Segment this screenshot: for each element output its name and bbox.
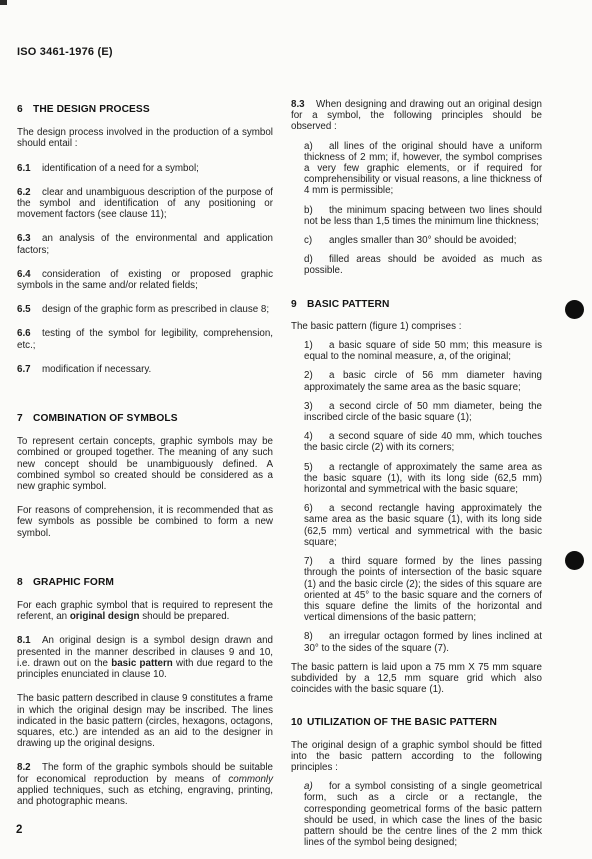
item-marker: 6) [304, 503, 329, 514]
text-run: For reasons of comprehension, it is reco… [17, 505, 273, 538]
list-item: d)filled areas should be avoided as much… [304, 254, 542, 276]
section-title: COMBINATION OF SYMBOLS [33, 413, 178, 424]
page-header: ISO 3461-1976 (E) [17, 46, 113, 58]
section-number: 9 [291, 299, 307, 310]
list-item: 4)a second square of side 40 mm, which t… [304, 431, 542, 453]
text-run: The basic pattern described in clause 9 … [17, 693, 273, 749]
item-marker: 1) [304, 340, 329, 351]
text-run: a second circle of 50 mm diameter, being… [304, 401, 542, 423]
text-run: a basic circle of 56 mm diameter having … [304, 370, 542, 392]
text-run: design of the graphic form as prescribed… [42, 304, 269, 315]
text-run: for a symbol consisting of a single geom… [304, 781, 542, 848]
text-run: testing of the symbol for legibility, co… [17, 328, 273, 350]
section-number: 8 [17, 577, 33, 588]
item-marker: 3) [304, 401, 329, 412]
text-run: clear and unambiguous description of the… [17, 187, 273, 220]
text-run: applied techniques, such as etching, eng… [17, 785, 273, 807]
text-run: the minimum spacing between two lines sh… [304, 205, 542, 227]
section-title: UTILIZATION OF THE BASIC PATTERN [307, 717, 497, 728]
text-run: filled areas should be avoided as much a… [304, 254, 542, 276]
item-marker: 6.7 [17, 364, 42, 375]
paragraph: 6.2clear and unambiguous description of … [17, 187, 273, 221]
paragraph: 8.3When designing and drawing out an ori… [291, 99, 542, 133]
section-number: 7 [17, 413, 33, 424]
paragraph: 6.6testing of the symbol for legibility,… [17, 328, 273, 350]
text-run: , of the original; [444, 351, 511, 362]
section-heading: 7COMBINATION OF SYMBOLS [17, 413, 273, 424]
item-marker: 6.5 [17, 304, 42, 315]
text-run: To represent certain concepts, graphic s… [17, 436, 273, 492]
list-item: 5)a rectangle of approximately the same … [304, 462, 542, 496]
paragraph: 6.1identification of a need for a symbol… [17, 163, 273, 174]
text-run: angles smaller than 30° should be avoide… [329, 235, 516, 246]
text-run: all lines of the original should have a … [304, 141, 542, 197]
paragraph: The basic pattern is laid upon a 75 mm X… [291, 662, 542, 696]
column-left: 6THE DESIGN PROCESSThe design process in… [17, 104, 273, 820]
text-run: basic pattern [111, 658, 173, 669]
list-item: c)angles smaller than 30° should be avoi… [304, 235, 542, 246]
text-run: identification of a need for a symbol; [42, 163, 199, 174]
text-run: The original design of a graphic symbol … [291, 740, 542, 773]
list-item: 3)a second circle of 50 mm diameter, bei… [304, 401, 542, 423]
item-marker: 8.1 [17, 635, 42, 646]
text-run: consideration of existing or proposed gr… [17, 269, 273, 291]
list-item: 1)a basic square of side 50 mm; this mea… [304, 340, 542, 362]
text-run: The basic pattern is laid upon a 75 mm X… [291, 662, 542, 695]
paragraph: 6.5design of the graphic form as prescri… [17, 304, 273, 315]
column-right: 8.3When designing and drawing out an ori… [291, 99, 542, 856]
paragraph: 8.2The form of the graphic symbols shoul… [17, 762, 273, 807]
list-item: a)for a symbol consisting of a single ge… [304, 781, 542, 848]
text-run: When designing and drawing out an origin… [291, 99, 542, 132]
item-marker: 8) [304, 631, 329, 642]
paragraph: The design process involved in the produ… [17, 127, 273, 149]
list-item: 2)a basic circle of 56 mm diameter havin… [304, 370, 542, 392]
paragraph: The original design of a graphic symbol … [291, 740, 542, 774]
text-run: a third square formed by the lines passi… [304, 556, 542, 623]
section-heading: 8GRAPHIC FORM [17, 577, 273, 588]
item-marker: a) [304, 781, 329, 792]
paragraph: 8.1An original design is a symbol design… [17, 635, 273, 680]
list-item: 8)an irregular octagon formed by lines i… [304, 631, 542, 653]
document-page: ISO 3461-1976 (E) 6THE DESIGN PROCESSThe… [0, 0, 592, 859]
section-heading: 10UTILIZATION OF THE BASIC PATTERN [291, 717, 542, 728]
text-run: The design process involved in the produ… [17, 127, 273, 149]
text-run: original design [70, 611, 140, 622]
text-run: modification if necessary. [42, 364, 151, 375]
item-marker: 8.2 [17, 762, 42, 773]
item-marker: d) [304, 254, 329, 265]
section-title: BASIC PATTERN [307, 299, 389, 310]
item-marker: 6.1 [17, 163, 42, 174]
section-number: 10 [291, 717, 307, 728]
item-marker: 4) [304, 431, 329, 442]
text-run: an irregular octagon formed by lines inc… [304, 631, 542, 653]
list-item: a)all lines of the original should have … [304, 141, 542, 197]
page-number: 2 [16, 824, 22, 836]
section-number: 6 [17, 104, 33, 115]
item-marker: 2) [304, 370, 329, 381]
item-marker: b) [304, 205, 329, 216]
text-run: an analysis of the environmental and app… [17, 233, 273, 255]
section-title: GRAPHIC FORM [33, 577, 114, 588]
section-heading: 6THE DESIGN PROCESS [17, 104, 273, 115]
text-run: a rectangle of approximately the same ar… [304, 462, 542, 495]
paragraph: The basic pattern described in clause 9 … [17, 693, 273, 749]
text-run: a second square of side 40 mm, which tou… [304, 431, 542, 453]
item-marker: 5) [304, 462, 329, 473]
binding-dot [565, 551, 584, 570]
list-item: b)the minimum spacing between two lines … [304, 205, 542, 227]
paragraph: 6.7modification if necessary. [17, 364, 273, 375]
item-marker: 6.2 [17, 187, 42, 198]
scan-corner-artifact [0, 0, 7, 5]
text-run: The basic pattern (figure 1) comprises : [291, 321, 461, 332]
text-run: should be prepared. [140, 611, 230, 622]
list-item: 6)a second rectangle having approximatel… [304, 503, 542, 548]
section-title: THE DESIGN PROCESS [33, 104, 150, 115]
section-heading: 9BASIC PATTERN [291, 299, 542, 310]
item-marker: 6.6 [17, 328, 42, 339]
item-marker: 7) [304, 556, 329, 567]
item-marker: 6.4 [17, 269, 42, 280]
item-marker: c) [304, 235, 329, 246]
paragraph: 6.3an analysis of the environmental and … [17, 233, 273, 255]
item-marker: 8.3 [291, 99, 316, 110]
paragraph: For reasons of comprehension, it is reco… [17, 505, 273, 539]
paragraph: 6.4consideration of existing or proposed… [17, 269, 273, 291]
text-run: a second rectangle having approximately … [304, 503, 542, 548]
binding-dot [565, 300, 584, 319]
paragraph: For each graphic symbol that is required… [17, 600, 273, 622]
paragraph: The basic pattern (figure 1) comprises : [291, 321, 542, 332]
paragraph: To represent certain concepts, graphic s… [17, 436, 273, 492]
text-run: commonly [228, 774, 273, 785]
item-marker: a) [304, 141, 329, 152]
item-marker: 6.3 [17, 233, 42, 244]
list-item: 7)a third square formed by the lines pas… [304, 556, 542, 623]
